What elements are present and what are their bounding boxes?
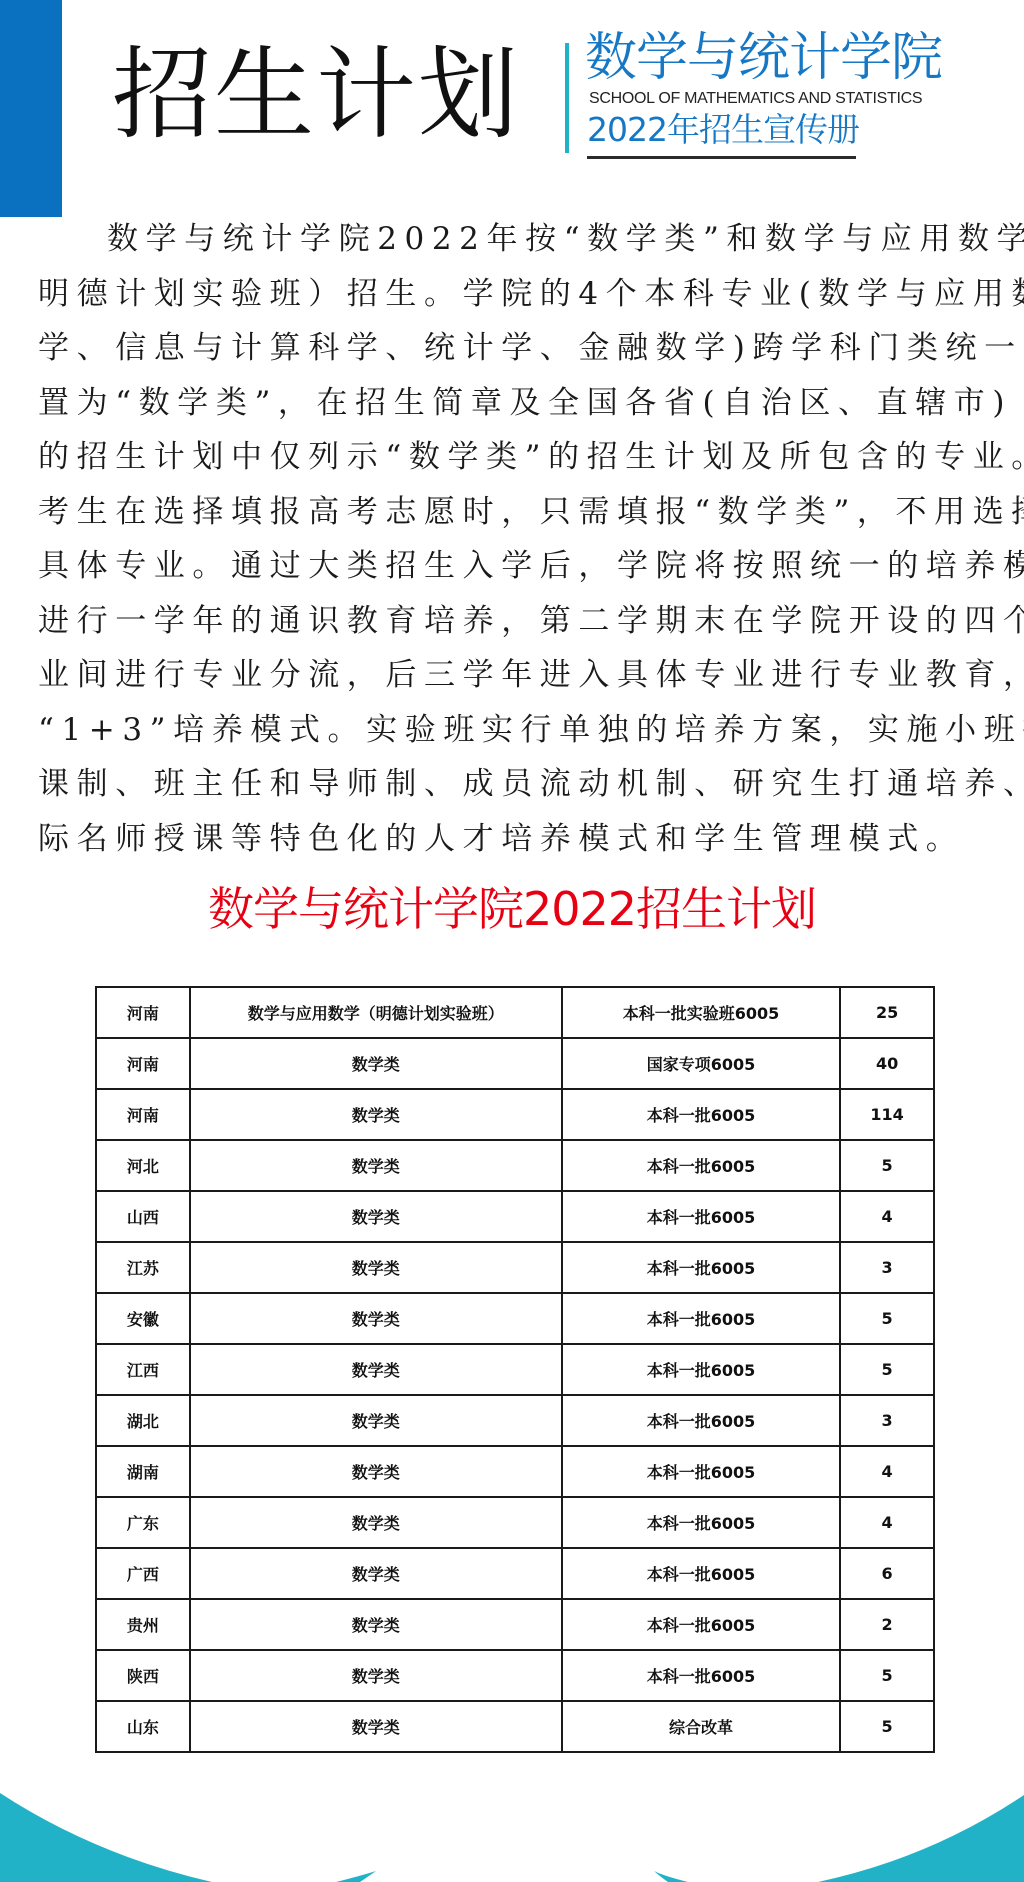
cell-batch: 本科一批6005	[562, 1395, 840, 1446]
table-row: 江苏数学类本科一批60053	[96, 1242, 934, 1293]
cell-province: 广西	[96, 1548, 190, 1599]
brochure-underline	[587, 156, 856, 159]
cell-count: 3	[840, 1395, 934, 1446]
header-divider	[565, 43, 569, 153]
cell-province: 贵州	[96, 1599, 190, 1650]
cell-count: 4	[840, 1446, 934, 1497]
school-name-en: SCHOOL OF MATHEMATICS AND STATISTICS	[589, 89, 922, 109]
cell-count: 114	[840, 1089, 934, 1140]
cell-province: 河南	[96, 987, 190, 1038]
table-row: 广西数学类本科一批60056	[96, 1548, 934, 1599]
cell-major: 数学类	[190, 1344, 562, 1395]
cell-province: 广东	[96, 1497, 190, 1548]
intro-line: 置为“数学类”，在招生简章及全国各省(自治区、直辖市)	[38, 376, 988, 431]
cell-batch: 本科一批6005	[562, 1650, 840, 1701]
cell-count: 5	[840, 1650, 934, 1701]
cell-province: 江苏	[96, 1242, 190, 1293]
cell-major: 数学类	[190, 1038, 562, 1089]
intro-line: 际名师授课等特色化的人才培养模式和学生管理模式。	[38, 812, 988, 867]
intro-line: 数学与统计学院2022年按“数学类”和数学与应用数学（	[38, 212, 988, 267]
cell-major: 数学与应用数学（明德计划实验班）	[190, 987, 562, 1038]
cell-province: 陕西	[96, 1650, 190, 1701]
cell-count: 40	[840, 1038, 934, 1089]
table-row: 山东数学类综合改革5	[96, 1701, 934, 1752]
cell-batch: 本科一批6005	[562, 1497, 840, 1548]
table-row: 贵州数学类本科一批60052	[96, 1599, 934, 1650]
cell-count: 5	[840, 1344, 934, 1395]
cell-province: 山东	[96, 1701, 190, 1752]
cell-batch: 本科一批6005	[562, 1344, 840, 1395]
cell-batch: 本科一批6005	[562, 1191, 840, 1242]
cell-major: 数学类	[190, 1140, 562, 1191]
school-name-cn: 数学与统计学院	[585, 28, 942, 88]
cell-major: 数学类	[190, 1446, 562, 1497]
intro-line: 业间进行专业分流，后三学年进入具体专业进行专业教育，即	[38, 648, 988, 703]
cell-province: 江西	[96, 1344, 190, 1395]
cell-province: 河南	[96, 1089, 190, 1140]
table-row: 湖北数学类本科一批60053	[96, 1395, 934, 1446]
cell-batch: 本科一批6005	[562, 1242, 840, 1293]
cell-count: 4	[840, 1191, 934, 1242]
cell-count: 5	[840, 1293, 934, 1344]
cell-major: 数学类	[190, 1395, 562, 1446]
table-row: 河南数学类国家专项600540	[96, 1038, 934, 1089]
cell-batch: 本科一批6005	[562, 1293, 840, 1344]
cell-batch: 综合改革	[562, 1701, 840, 1752]
cell-major: 数学类	[190, 1701, 562, 1752]
cell-count: 2	[840, 1599, 934, 1650]
table-row: 河南数学类本科一批6005114	[96, 1089, 934, 1140]
cell-major: 数学类	[190, 1548, 562, 1599]
intro-line: 进行一学年的通识教育培养，第二学期末在学院开设的四个专	[38, 594, 988, 649]
page-title: 招生计划	[112, 30, 520, 160]
cell-count: 5	[840, 1140, 934, 1191]
intro-line: 课制、班主任和导师制、成员流动机制、研究生打通培养、国	[38, 757, 988, 812]
cell-count: 25	[840, 987, 934, 1038]
cell-batch: 本科一批6005	[562, 1089, 840, 1140]
cell-province: 河北	[96, 1140, 190, 1191]
footer-wave-decoration	[0, 1780, 1024, 1882]
cell-batch: 本科一批实验班6005	[562, 987, 840, 1038]
cell-count: 3	[840, 1242, 934, 1293]
cell-province: 湖南	[96, 1446, 190, 1497]
intro-paragraph: 数学与统计学院2022年按“数学类”和数学与应用数学（ 明德计划实验班）招生。学…	[38, 212, 988, 866]
cell-province: 山西	[96, 1191, 190, 1242]
table-row: 广东数学类本科一批60054	[96, 1497, 934, 1548]
cell-major: 数学类	[190, 1599, 562, 1650]
enrollment-plan-table: 河南数学与应用数学（明德计划实验班）本科一批实验班600525 河南数学类国家专…	[95, 986, 935, 1753]
cell-batch: 国家专项6005	[562, 1038, 840, 1089]
cell-major: 数学类	[190, 1497, 562, 1548]
cell-major: 数学类	[190, 1089, 562, 1140]
cell-batch: 本科一批6005	[562, 1446, 840, 1497]
header-blue-bar	[0, 0, 62, 217]
brochure-title: 2022年招生宣传册	[587, 109, 859, 151]
intro-line: 学、信息与计算科学、统计学、金融数学)跨学科门类统一设	[38, 321, 988, 376]
cell-count: 6	[840, 1548, 934, 1599]
plan-heading: 数学与统计学院2022招生计划	[0, 876, 1024, 942]
cell-batch: 本科一批6005	[562, 1140, 840, 1191]
cell-province: 安徽	[96, 1293, 190, 1344]
table-row: 湖南数学类本科一批60054	[96, 1446, 934, 1497]
cell-count: 4	[840, 1497, 934, 1548]
cell-major: 数学类	[190, 1191, 562, 1242]
cell-major: 数学类	[190, 1650, 562, 1701]
cell-major: 数学类	[190, 1293, 562, 1344]
cell-count: 5	[840, 1701, 934, 1752]
cell-province: 河南	[96, 1038, 190, 1089]
cell-major: 数学类	[190, 1242, 562, 1293]
table-row: 河北数学类本科一批60055	[96, 1140, 934, 1191]
intro-line: 具体专业。通过大类招生入学后，学院将按照统一的培养模式	[38, 539, 988, 594]
cell-batch: 本科一批6005	[562, 1599, 840, 1650]
table-row: 河南数学与应用数学（明德计划实验班）本科一批实验班600525	[96, 987, 934, 1038]
table-row: 江西数学类本科一批60055	[96, 1344, 934, 1395]
intro-line: “1+3”培养模式。实验班实行单独的培养方案，实施小班授	[38, 703, 988, 758]
cell-province: 湖北	[96, 1395, 190, 1446]
intro-line: 明德计划实验班）招生。学院的4个本科专业(数学与应用数	[38, 267, 988, 322]
table-row: 山西数学类本科一批60054	[96, 1191, 934, 1242]
table-row: 陕西数学类本科一批60055	[96, 1650, 934, 1701]
intro-line: 的招生计划中仅列示“数学类”的招生计划及所包含的专业。	[38, 430, 988, 485]
intro-line: 考生在选择填报高考志愿时，只需填报“数学类”，不用选择	[38, 485, 988, 540]
table-row: 安徽数学类本科一批60055	[96, 1293, 934, 1344]
cell-batch: 本科一批6005	[562, 1548, 840, 1599]
